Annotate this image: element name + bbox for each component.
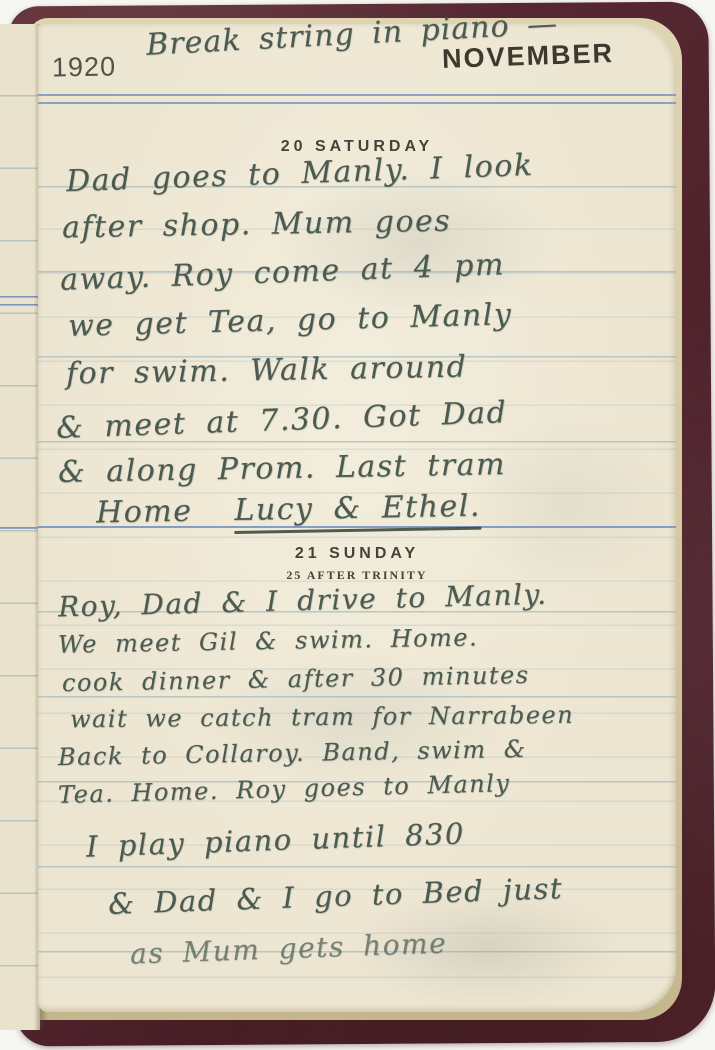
underlined-names: Lucy & Ethel. xyxy=(234,489,481,534)
diary-page: 1920 Break string in piano — NOVEMBER 20… xyxy=(38,24,676,1012)
handwriting-line: away. Roy come at 4 pm xyxy=(60,247,506,298)
header-rule-line xyxy=(38,94,676,96)
handwriting-line: we get Tea, go to Manly xyxy=(68,297,513,344)
handwriting-line: & meet at 7.30. Got Dad xyxy=(56,395,508,446)
month-label: NOVEMBER xyxy=(441,38,614,75)
handwriting-line: cook dinner & after 30 minutes xyxy=(62,661,530,697)
handwriting-line: Roy, Dad & I drive to Manly. xyxy=(58,578,548,624)
handwriting-line: I play piano until 830 xyxy=(86,816,466,863)
handwriting-line: for swim. Walk around xyxy=(66,350,468,392)
header-rule-line xyxy=(38,102,676,104)
trinity-subheader: 25 AFTER TRINITY xyxy=(38,568,676,583)
handwriting-line: Back to Collaroy. Band, swim & xyxy=(58,735,527,771)
handwriting-line: HomeLucy & Ethel. xyxy=(96,489,481,531)
diary-photo: 1920 Break string in piano — NOVEMBER 20… xyxy=(0,0,715,1050)
handwriting-word: Home xyxy=(96,494,193,531)
handwriting-line: after shop. Mum goes xyxy=(62,204,452,246)
date-header-sunday: 21 SUNDAY xyxy=(38,545,676,563)
handwriting-line: We meet Gil & swim. Home. xyxy=(58,623,479,658)
handwriting-line: as Mum gets home xyxy=(130,926,448,970)
handwriting-line: wait we catch tram for Narrabeen xyxy=(70,701,574,733)
year-label: 1920 xyxy=(52,51,117,83)
handwriting-line: & Dad & I go to Bed just xyxy=(108,871,564,921)
handwriting-line: & along Prom. Last tram xyxy=(58,447,507,490)
handwriting-line: Tea. Home. Roy goes to Manly xyxy=(58,769,511,809)
